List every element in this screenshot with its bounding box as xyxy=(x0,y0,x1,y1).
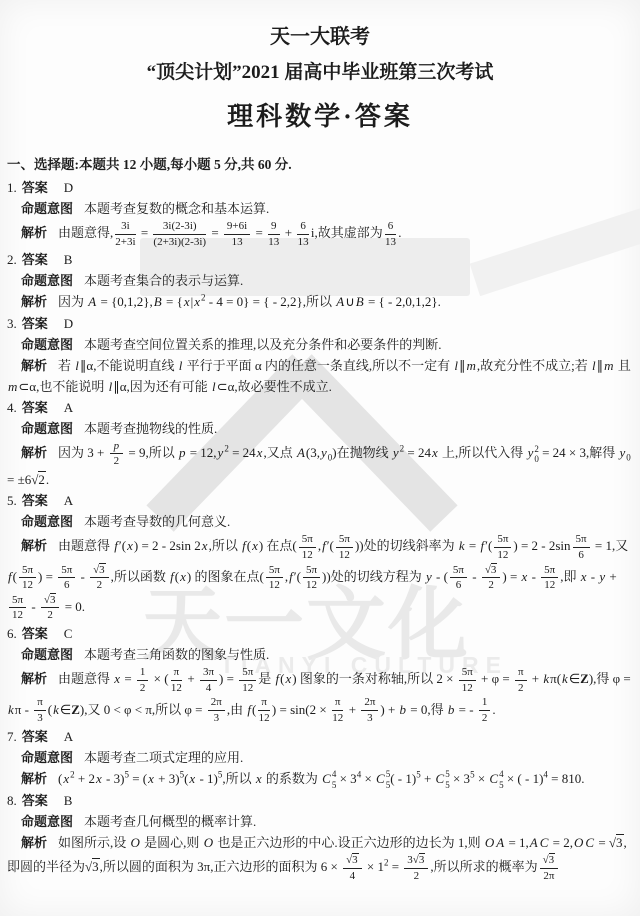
analysis-label: 解析 xyxy=(21,771,47,786)
analysis-label: 解析 xyxy=(21,671,47,686)
subject-title: 理科数学·答案 xyxy=(7,96,633,133)
answer-label: 答案 xyxy=(22,400,48,415)
analysis-label: 解析 xyxy=(21,538,47,553)
analysis-text: 由题意得,3i2+3i = 3i(2-3i)(2+3i)(2-3i) = 9+6… xyxy=(58,225,402,240)
answer-letter: D xyxy=(64,316,73,331)
intent-label: 命题意图 xyxy=(21,201,73,216)
answer-letter: D xyxy=(64,180,73,195)
question-item: 3.答案D 命题意图本题考查空间位置关系的推理,以及充分条件和必要条件的判断. … xyxy=(7,313,633,397)
intent-line: 命题意图本题考查二项式定理的应用. xyxy=(7,747,633,768)
answer-label: 答案 xyxy=(22,252,48,267)
analysis-text: 因为 3 + p2 = 9,所以 p = 12,y2 = 24x,又点 A(3,… xyxy=(7,445,631,487)
document-page: 天一文化 TIANYI CULTURE 天一大联考 “顶尖计划”2021 届高中… xyxy=(0,0,640,916)
analysis-line: 解析因为 A = {0,1,2},B = {x|x2 - 4 = 0} = { … xyxy=(7,291,633,312)
answer-label: 答案 xyxy=(22,316,48,331)
answer-line: 4.答案A xyxy=(7,397,633,418)
analysis-line: 解析由题意得 x = 12 × (π12 + 3π4) = 5π12是 f(x)… xyxy=(7,665,633,726)
exam-organization-title: 天一大联考 xyxy=(7,20,633,49)
intent-line: 命题意图本题考查抛物线的性质. xyxy=(7,418,633,439)
answer-line: 3.答案D xyxy=(7,313,633,334)
intent-label: 命题意图 xyxy=(21,421,73,436)
question-number: 7. xyxy=(7,729,17,744)
analysis-label: 解析 xyxy=(21,225,47,240)
analysis-text: 由题意得 f′(x) = 2 - 2sin 2x,所以 f(x) 在点(5π12… xyxy=(7,538,628,614)
intent-text: 本题考查集合的表示与运算. xyxy=(84,273,243,288)
answer-letter: A xyxy=(64,400,73,415)
questions: 1.答案D 命题意图本题考查复数的概念和基本运算. 解析由题意得,3i2+3i … xyxy=(7,177,633,884)
question-item: 6.答案C 命题意图本题考查三角函数的图象与性质. 解析由题意得 x = 12 … xyxy=(7,623,633,726)
exam-session-title: “顶尖计划”2021 届高中毕业班第三次考试 xyxy=(7,57,633,84)
question-number: 2. xyxy=(7,252,17,267)
analysis-text: 如图所示,设 O 是圆心,则 O 也是正六边形的中心.设正六边形的边长为 1,则… xyxy=(7,835,627,874)
question-item: 2.答案B 命题意图本题考查集合的表示与运算. 解析因为 A = {0,1,2}… xyxy=(7,249,633,312)
answer-line: 7.答案A xyxy=(7,726,633,747)
intent-label: 命题意图 xyxy=(21,273,73,288)
question-item: 4.答案A 命题意图本题考查抛物线的性质. 解析因为 3 + p2 = 9,所以… xyxy=(7,397,633,490)
analysis-label: 解析 xyxy=(21,358,47,373)
intent-line: 命题意图本题考查几何概型的概率计算. xyxy=(7,811,633,832)
question-number: 6. xyxy=(7,626,17,641)
answer-letter: C xyxy=(64,626,73,641)
analysis-line: 解析如图所示,设 O 是圆心,则 O 也是正六边形的中心.设正六边形的边长为 1… xyxy=(7,832,633,883)
document-content: 天一大联考 “顶尖计划”2021 届高中毕业班第三次考试 理科数学·答案 一、选… xyxy=(0,0,640,884)
answer-line: 1.答案D xyxy=(7,177,633,198)
question-number: 3. xyxy=(7,316,17,331)
answer-line: 6.答案C xyxy=(7,623,633,644)
answer-letter: A xyxy=(64,493,73,508)
answer-label: 答案 xyxy=(22,626,48,641)
intent-text: 本题考查空间位置关系的推理,以及充分条件和必要条件的判断. xyxy=(84,337,442,352)
analysis-line: 解析由题意得,3i2+3i = 3i(2-3i)(2+3i)(2-3i) = 9… xyxy=(7,219,633,249)
intent-line: 命题意图本题考查复数的概念和基本运算. xyxy=(7,198,633,219)
answer-label: 答案 xyxy=(22,793,48,808)
intent-label: 命题意图 xyxy=(21,814,73,829)
analysis-text: 因为 A = {0,1,2},B = {x|x2 - 4 = 0} = { - … xyxy=(58,294,441,309)
answer-letter: B xyxy=(64,793,73,808)
answer-letter: A xyxy=(64,729,73,744)
question-number: 8. xyxy=(7,793,17,808)
question-number: 4. xyxy=(7,400,17,415)
question-number: 5. xyxy=(7,493,17,508)
section-heading: 一、选择题:本题共 12 小题,每小题 5 分,共 60 分. xyxy=(7,153,633,173)
answer-line: 8.答案B xyxy=(7,790,633,811)
analysis-line: 解析若 l∥α,不能说明直线 l 平行于平面 α 内的任意一条直线,所以不一定有… xyxy=(7,355,633,397)
analysis-text: 若 l∥α,不能说明直线 l 平行于平面 α 内的任意一条直线,所以不一定有 l… xyxy=(7,358,631,394)
analysis-line: 解析(x2 + 2x - 3)5 = (x + 3)5(x - 1)5,所以 x… xyxy=(7,768,633,790)
intent-line: 命题意图本题考查三角函数的图象与性质. xyxy=(7,644,633,665)
question-number: 1. xyxy=(7,180,17,195)
analysis-line: 解析因为 3 + p2 = 9,所以 p = 12,y2 = 24x,又点 A(… xyxy=(7,439,633,490)
intent-line: 命题意图本题考查集合的表示与运算. xyxy=(7,270,633,291)
intent-text: 本题考查抛物线的性质. xyxy=(84,421,217,436)
intent-text: 本题考查二项式定理的应用. xyxy=(84,750,243,765)
analysis-line: 解析由题意得 f′(x) = 2 - 2sin 2x,所以 f(x) 在点(5π… xyxy=(7,532,633,623)
intent-label: 命题意图 xyxy=(21,337,73,352)
analysis-label: 解析 xyxy=(21,835,47,850)
question-item: 5.答案A 命题意图本题考查导数的几何意义. 解析由题意得 f′(x) = 2 … xyxy=(7,490,633,623)
answer-letter: B xyxy=(64,252,73,267)
intent-text: 本题考查复数的概念和基本运算. xyxy=(84,201,269,216)
question-item: 8.答案B 命题意图本题考查几何概型的概率计算. 解析如图所示,设 O 是圆心,… xyxy=(7,790,633,883)
answer-label: 答案 xyxy=(22,493,48,508)
question-item: 7.答案A 命题意图本题考查二项式定理的应用. 解析(x2 + 2x - 3)5… xyxy=(7,726,633,790)
analysis-label: 解析 xyxy=(21,294,47,309)
analysis-text: 由题意得 x = 12 × (π12 + 3π4) = 5π12是 f(x) 图… xyxy=(7,671,631,716)
intent-label: 命题意图 xyxy=(21,750,73,765)
intent-line: 命题意图本题考查导数的几何意义. xyxy=(7,511,633,532)
intent-text: 本题考查导数的几何意义. xyxy=(84,514,230,529)
intent-label: 命题意图 xyxy=(21,647,73,662)
answer-label: 答案 xyxy=(22,180,48,195)
analysis-label: 解析 xyxy=(21,445,47,460)
intent-text: 本题考查三角函数的图象与性质. xyxy=(84,647,269,662)
analysis-text: (x2 + 2x - 3)5 = (x + 3)5(x - 1)5,所以 x 的… xyxy=(58,771,584,786)
intent-text: 本题考查几何概型的概率计算. xyxy=(84,814,256,829)
answer-line: 5.答案A xyxy=(7,490,633,511)
intent-label: 命题意图 xyxy=(21,514,73,529)
intent-line: 命题意图本题考查空间位置关系的推理,以及充分条件和必要条件的判断. xyxy=(7,334,633,355)
answer-line: 2.答案B xyxy=(7,249,633,270)
question-item: 1.答案D 命题意图本题考查复数的概念和基本运算. 解析由题意得,3i2+3i … xyxy=(7,177,633,249)
answer-label: 答案 xyxy=(22,729,48,744)
